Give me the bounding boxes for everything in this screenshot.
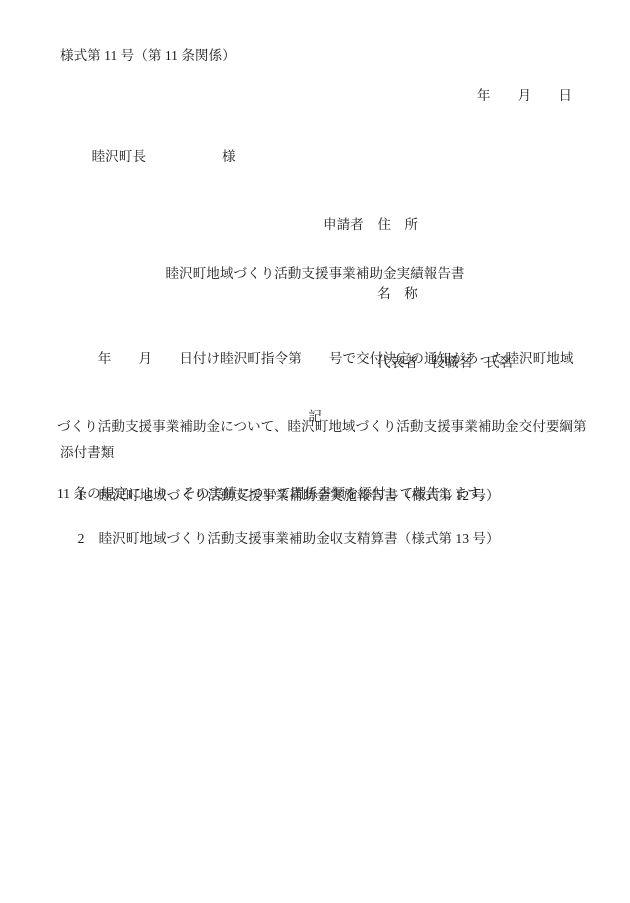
document-title: 睦沢町地域づくり活動支援事業補助金実績報告書: [0, 264, 630, 283]
attachment-number: 2: [78, 529, 99, 548]
form-number: 様式第 11 号（第 11 条関係）: [60, 46, 236, 65]
document-page: 様式第 11 号（第 11 条関係） 年 月 日 睦沢町長様 申請者 住 所 名…: [0, 0, 630, 903]
addressee-line: 睦沢町長様: [78, 128, 236, 185]
addressee-honorific: 様: [222, 149, 236, 164]
applicant-name-line: 名 称: [323, 282, 513, 305]
attachment-number: 1: [78, 486, 99, 505]
attachments-heading: 添付書類: [60, 443, 114, 462]
attachment-text: 睦沢町地域づくり活動支援事業補助金実施報告書（様式第 12 号）: [99, 488, 500, 503]
addressee-name: 睦沢町長: [92, 149, 146, 164]
attachment-item: 2睦沢町地域づくり活動支援事業補助金収支精算書（様式第 13 号）: [64, 510, 500, 567]
date-line: 年 月 日: [477, 86, 572, 105]
applicant-address-line: 申請者 住 所: [323, 213, 513, 236]
ki-marker: 記: [0, 407, 630, 426]
attachment-text: 睦沢町地域づくり活動支援事業補助金収支精算書（様式第 13 号）: [99, 531, 500, 546]
body-line: 年 月 日付け睦沢町指令第 号で交付決定の通知があった睦沢町地域: [57, 348, 582, 371]
